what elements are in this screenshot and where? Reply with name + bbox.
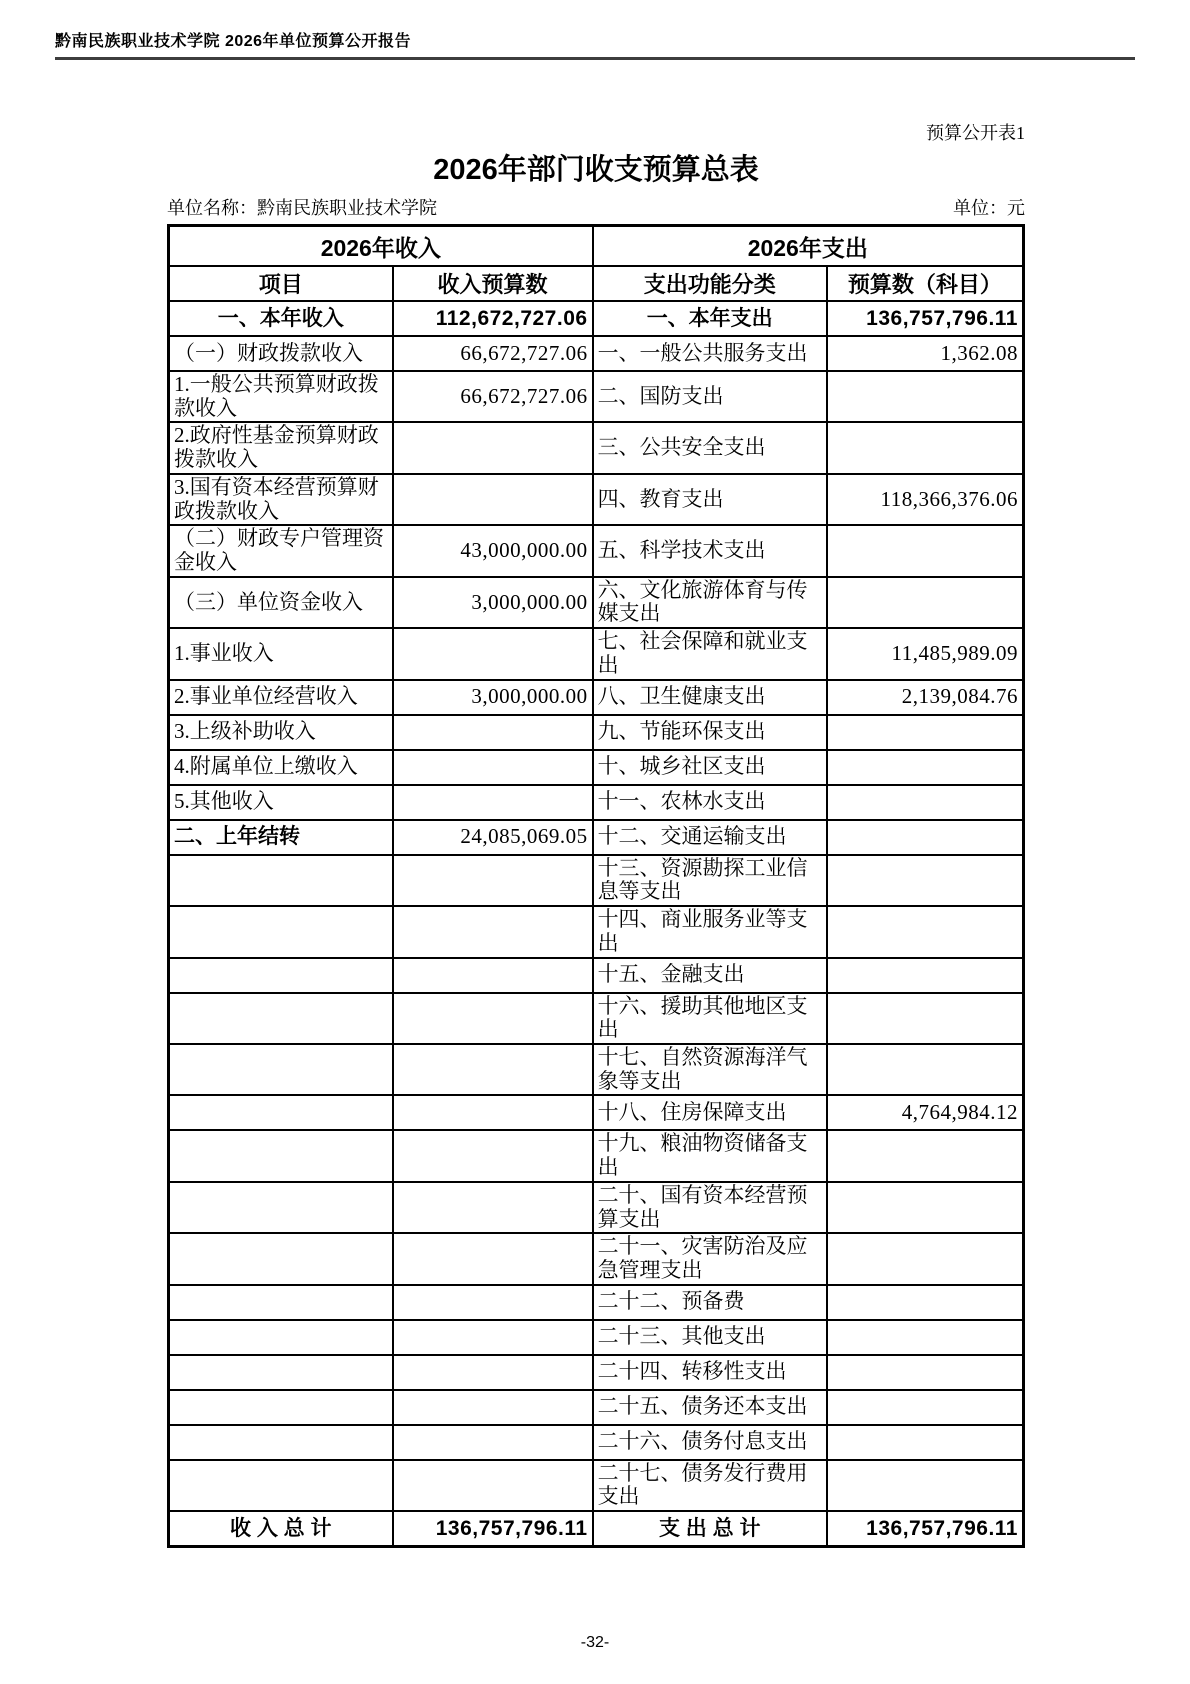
table-row: 4.附属单位上缴收入 十、城乡社区支出 [169, 750, 1024, 785]
expense-amount-cell: 11,485,989.09 [827, 628, 1024, 679]
income-amount-cell [393, 1044, 593, 1095]
income-item-cell: 2.事业单位经营收入 [169, 680, 393, 715]
income-amount-cell: 3,000,000.00 [393, 577, 593, 628]
page-number: -32- [0, 1634, 1190, 1652]
table-row: 十九、粮油物资储备支出 [169, 1130, 1024, 1181]
table-row: 十四、商业服务业等支出 [169, 906, 1024, 957]
income-amount-cell: 66,672,727.06 [393, 336, 593, 371]
expense-item-cell: 十六、援助其他地区支出 [593, 993, 827, 1044]
income-amount-cell [393, 474, 593, 525]
income-amount-cell [393, 1320, 593, 1355]
table-row: 二十七、债务发行费用支出 [169, 1460, 1024, 1511]
income-section-header: 2026年收入 [169, 226, 593, 267]
table-row: 二十、国有资本经营预算支出 [169, 1182, 1024, 1233]
income-item-cell [169, 993, 393, 1044]
expense-item-cell: 十七、自然资源海洋气象等支出 [593, 1044, 827, 1095]
income-item-cell [169, 1390, 393, 1425]
table-row: 1.事业收入 七、社会保障和就业支出 11,485,989.09 [169, 628, 1024, 679]
expense-item-cell: 十、城乡社区支出 [593, 750, 827, 785]
table-row: 二十五、债务还本支出 [169, 1390, 1024, 1425]
income-item-cell [169, 958, 393, 993]
table-row: 十七、自然资源海洋气象等支出 [169, 1044, 1024, 1095]
income-amount-cell [393, 1233, 593, 1284]
expense-amount-cell [827, 1130, 1024, 1181]
table-row: 十五、金融支出 [169, 958, 1024, 993]
table-row: 十六、援助其他地区支出 [169, 993, 1024, 1044]
income-item-cell: 一、本年收入 [169, 301, 393, 336]
expense-item-cell: 十四、商业服务业等支出 [593, 906, 827, 957]
expense-amount-cell [827, 1044, 1024, 1095]
expense-amount-cell [827, 525, 1024, 576]
table-row: 2.政府性基金预算财政拨款收入 三、公共安全支出 [169, 422, 1024, 473]
income-amount-cell: 24,085,069.05 [393, 820, 593, 855]
expense-item-cell: 七、社会保障和就业支出 [593, 628, 827, 679]
expense-amount-cell: 1,362.08 [827, 336, 1024, 371]
income-amount-cell [393, 1460, 593, 1511]
table-row: （一）财政拨款收入 66,672,727.06 一、一般公共服务支出 1,362… [169, 336, 1024, 371]
expense-amount-cell [827, 577, 1024, 628]
table-row: 收 入 总 计 136,757,796.11 支 出 总 计 136,757,7… [169, 1511, 1024, 1547]
income-item-cell [169, 1355, 393, 1390]
header-divider [55, 57, 1135, 60]
income-item-cell: （三）单位资金收入 [169, 577, 393, 628]
expense-amount-cell [827, 820, 1024, 855]
expense-item-cell: 十八、住房保障支出 [593, 1095, 827, 1130]
income-item-cell: （一）财政拨款收入 [169, 336, 393, 371]
income-amount-cell [393, 1095, 593, 1130]
income-amount-cell [393, 1285, 593, 1320]
table-row: 十三、资源勘探工业信息等支出 [169, 855, 1024, 906]
expense-amount-cell [827, 1320, 1024, 1355]
income-item-cell [169, 1130, 393, 1181]
expense-item-cell: 三、公共安全支出 [593, 422, 827, 473]
table-row: 二十三、其他支出 [169, 1320, 1024, 1355]
table-row: （二）财政专户管理资金收入 43,000,000.00 五、科学技术支出 [169, 525, 1024, 576]
income-item-cell [169, 1182, 393, 1233]
income-amount-cell [393, 1355, 593, 1390]
income-item-cell [169, 1285, 393, 1320]
expense-amount-cell: 136,757,796.11 [827, 1511, 1024, 1547]
table-row: 二十六、债务付息支出 [169, 1425, 1024, 1460]
income-item-cell: （二）财政专户管理资金收入 [169, 525, 393, 576]
page-title: 2026年部门收支预算总表 [167, 152, 1025, 188]
income-amount-cell [393, 1130, 593, 1181]
expense-item-cell: 二十四、转移性支出 [593, 1355, 827, 1390]
income-item-cell: 1.一般公共预算财政拨款收入 [169, 371, 393, 422]
expense-amount-cell [827, 1182, 1024, 1233]
unit-name-label: 单位名称：黔南民族职业技术学院 [167, 196, 437, 220]
table-row: 二、上年结转 24,085,069.05 十二、交通运输支出 [169, 820, 1024, 855]
income-amount-cell: 66,672,727.06 [393, 371, 593, 422]
expense-item-cell: 一、一般公共服务支出 [593, 336, 827, 371]
document-page: 黔南民族职业技术学院 2026年单位预算公开报告 预算公开表1 2026年部门收… [0, 0, 1190, 1684]
income-amount-cell: 112,672,727.06 [393, 301, 593, 336]
expense-item-cell: 二十五、债务还本支出 [593, 1390, 827, 1425]
income-item-cell: 3.上级补助收入 [169, 715, 393, 750]
expense-amount-cell [827, 785, 1024, 820]
budget-table: 2026年收入 2026年支出 项目 收入预算数 支出功能分类 预算数（科目） … [167, 224, 1025, 1548]
meta-row: 单位名称：黔南民族职业技术学院 单位：元 [167, 196, 1025, 220]
income-amount-cell: 136,757,796.11 [393, 1511, 593, 1547]
income-item-cell: 4.附属单位上缴收入 [169, 750, 393, 785]
income-amount-cell [393, 855, 593, 906]
table-row: 3.上级补助收入 九、节能环保支出 [169, 715, 1024, 750]
income-amount-cell: 43,000,000.00 [393, 525, 593, 576]
table-row: （三）单位资金收入 3,000,000.00 六、文化旅游体育与传媒支出 [169, 577, 1024, 628]
income-amount-cell [393, 1425, 593, 1460]
expense-item-cell: 四、教育支出 [593, 474, 827, 525]
expense-amount-cell: 136,757,796.11 [827, 301, 1024, 336]
expense-amount-cell [827, 715, 1024, 750]
table-section-header-row: 2026年收入 2026年支出 [169, 226, 1024, 267]
expense-amount-cell [827, 906, 1024, 957]
expense-item-cell: 八、卫生健康支出 [593, 680, 827, 715]
income-item-cell: 3.国有资本经营预算财政拨款收入 [169, 474, 393, 525]
income-item-cell: 5.其他收入 [169, 785, 393, 820]
expense-amount-cell: 2,139,084.76 [827, 680, 1024, 715]
income-item-cell: 二、上年结转 [169, 820, 393, 855]
expense-item-cell: 二十一、灾害防治及应急管理支出 [593, 1233, 827, 1284]
expense-amount-cell [827, 993, 1024, 1044]
income-amount-cell [393, 785, 593, 820]
table-row: 5.其他收入 十一、农林水支出 [169, 785, 1024, 820]
column-header-budget-subject: 预算数（科目） [827, 266, 1024, 301]
table-body: 一、本年收入 112,672,727.06 一、本年支出 136,757,796… [169, 301, 1024, 1547]
expense-amount-cell [827, 371, 1024, 422]
expense-item-cell: 二十七、债务发行费用支出 [593, 1460, 827, 1511]
expense-item-cell: 十三、资源勘探工业信息等支出 [593, 855, 827, 906]
income-item-cell: 1.事业收入 [169, 628, 393, 679]
expense-amount-cell: 4,764,984.12 [827, 1095, 1024, 1130]
column-header-expense-function: 支出功能分类 [593, 266, 827, 301]
table-row: 一、本年收入 112,672,727.06 一、本年支出 136,757,796… [169, 301, 1024, 336]
table-row: 二十四、转移性支出 [169, 1355, 1024, 1390]
income-item-cell: 收 入 总 计 [169, 1511, 393, 1547]
income-item-cell [169, 1425, 393, 1460]
content-area: 预算公开表1 2026年部门收支预算总表 单位名称：黔南民族职业技术学院 单位：… [167, 122, 1025, 1548]
expense-item-cell: 二十六、债务付息支出 [593, 1425, 827, 1460]
income-amount-cell [393, 628, 593, 679]
column-header-item: 项目 [169, 266, 393, 301]
expense-item-cell: 支 出 总 计 [593, 1511, 827, 1547]
income-amount-cell [393, 958, 593, 993]
expense-amount-cell [827, 750, 1024, 785]
expense-item-cell: 一、本年支出 [593, 301, 827, 336]
expense-item-cell: 六、文化旅游体育与传媒支出 [593, 577, 827, 628]
expense-item-cell: 二十三、其他支出 [593, 1320, 827, 1355]
income-item-cell [169, 1320, 393, 1355]
column-header-income-budget: 收入预算数 [393, 266, 593, 301]
table-row: 二十一、灾害防治及应急管理支出 [169, 1233, 1024, 1284]
expense-item-cell: 九、节能环保支出 [593, 715, 827, 750]
income-item-cell: 2.政府性基金预算财政拨款收入 [169, 422, 393, 473]
unit-label: 单位：元 [953, 196, 1025, 220]
expense-amount-cell [827, 1425, 1024, 1460]
income-item-cell [169, 906, 393, 957]
expense-amount-cell [827, 1233, 1024, 1284]
table-row: 2.事业单位经营收入 3,000,000.00 八、卫生健康支出 2,139,0… [169, 680, 1024, 715]
income-item-cell [169, 1044, 393, 1095]
income-amount-cell [393, 422, 593, 473]
expense-amount-cell [827, 1390, 1024, 1425]
income-amount-cell [393, 715, 593, 750]
expense-amount-cell [827, 1285, 1024, 1320]
table-row: 1.一般公共预算财政拨款收入 66,672,727.06 二、国防支出 [169, 371, 1024, 422]
expense-item-cell: 十九、粮油物资储备支出 [593, 1130, 827, 1181]
table-row: 3.国有资本经营预算财政拨款收入 四、教育支出 118,366,376.06 [169, 474, 1024, 525]
expense-amount-cell [827, 958, 1024, 993]
expense-item-cell: 二十、国有资本经营预算支出 [593, 1182, 827, 1233]
income-amount-cell [393, 1182, 593, 1233]
table-label: 预算公开表1 [167, 122, 1025, 144]
income-item-cell [169, 1233, 393, 1284]
income-amount-cell [393, 906, 593, 957]
expense-section-header: 2026年支出 [593, 226, 1024, 267]
expense-amount-cell [827, 1460, 1024, 1511]
expense-amount-cell: 118,366,376.06 [827, 474, 1024, 525]
expense-item-cell: 五、科学技术支出 [593, 525, 827, 576]
document-header-title: 黔南民族职业技术学院 2026年单位预算公开报告 [55, 28, 411, 51]
expense-item-cell: 十一、农林水支出 [593, 785, 827, 820]
expense-item-cell: 二十二、预备费 [593, 1285, 827, 1320]
income-amount-cell: 3,000,000.00 [393, 680, 593, 715]
income-item-cell [169, 1095, 393, 1130]
table-column-header-row: 项目 收入预算数 支出功能分类 预算数（科目） [169, 266, 1024, 301]
income-item-cell [169, 855, 393, 906]
table-row: 二十二、预备费 [169, 1285, 1024, 1320]
expense-amount-cell [827, 422, 1024, 473]
expense-item-cell: 二、国防支出 [593, 371, 827, 422]
income-item-cell [169, 1460, 393, 1511]
expense-amount-cell [827, 855, 1024, 906]
income-amount-cell [393, 750, 593, 785]
income-amount-cell [393, 1390, 593, 1425]
expense-amount-cell [827, 1355, 1024, 1390]
income-amount-cell [393, 993, 593, 1044]
expense-item-cell: 十二、交通运输支出 [593, 820, 827, 855]
table-row: 十八、住房保障支出 4,764,984.12 [169, 1095, 1024, 1130]
expense-item-cell: 十五、金融支出 [593, 958, 827, 993]
